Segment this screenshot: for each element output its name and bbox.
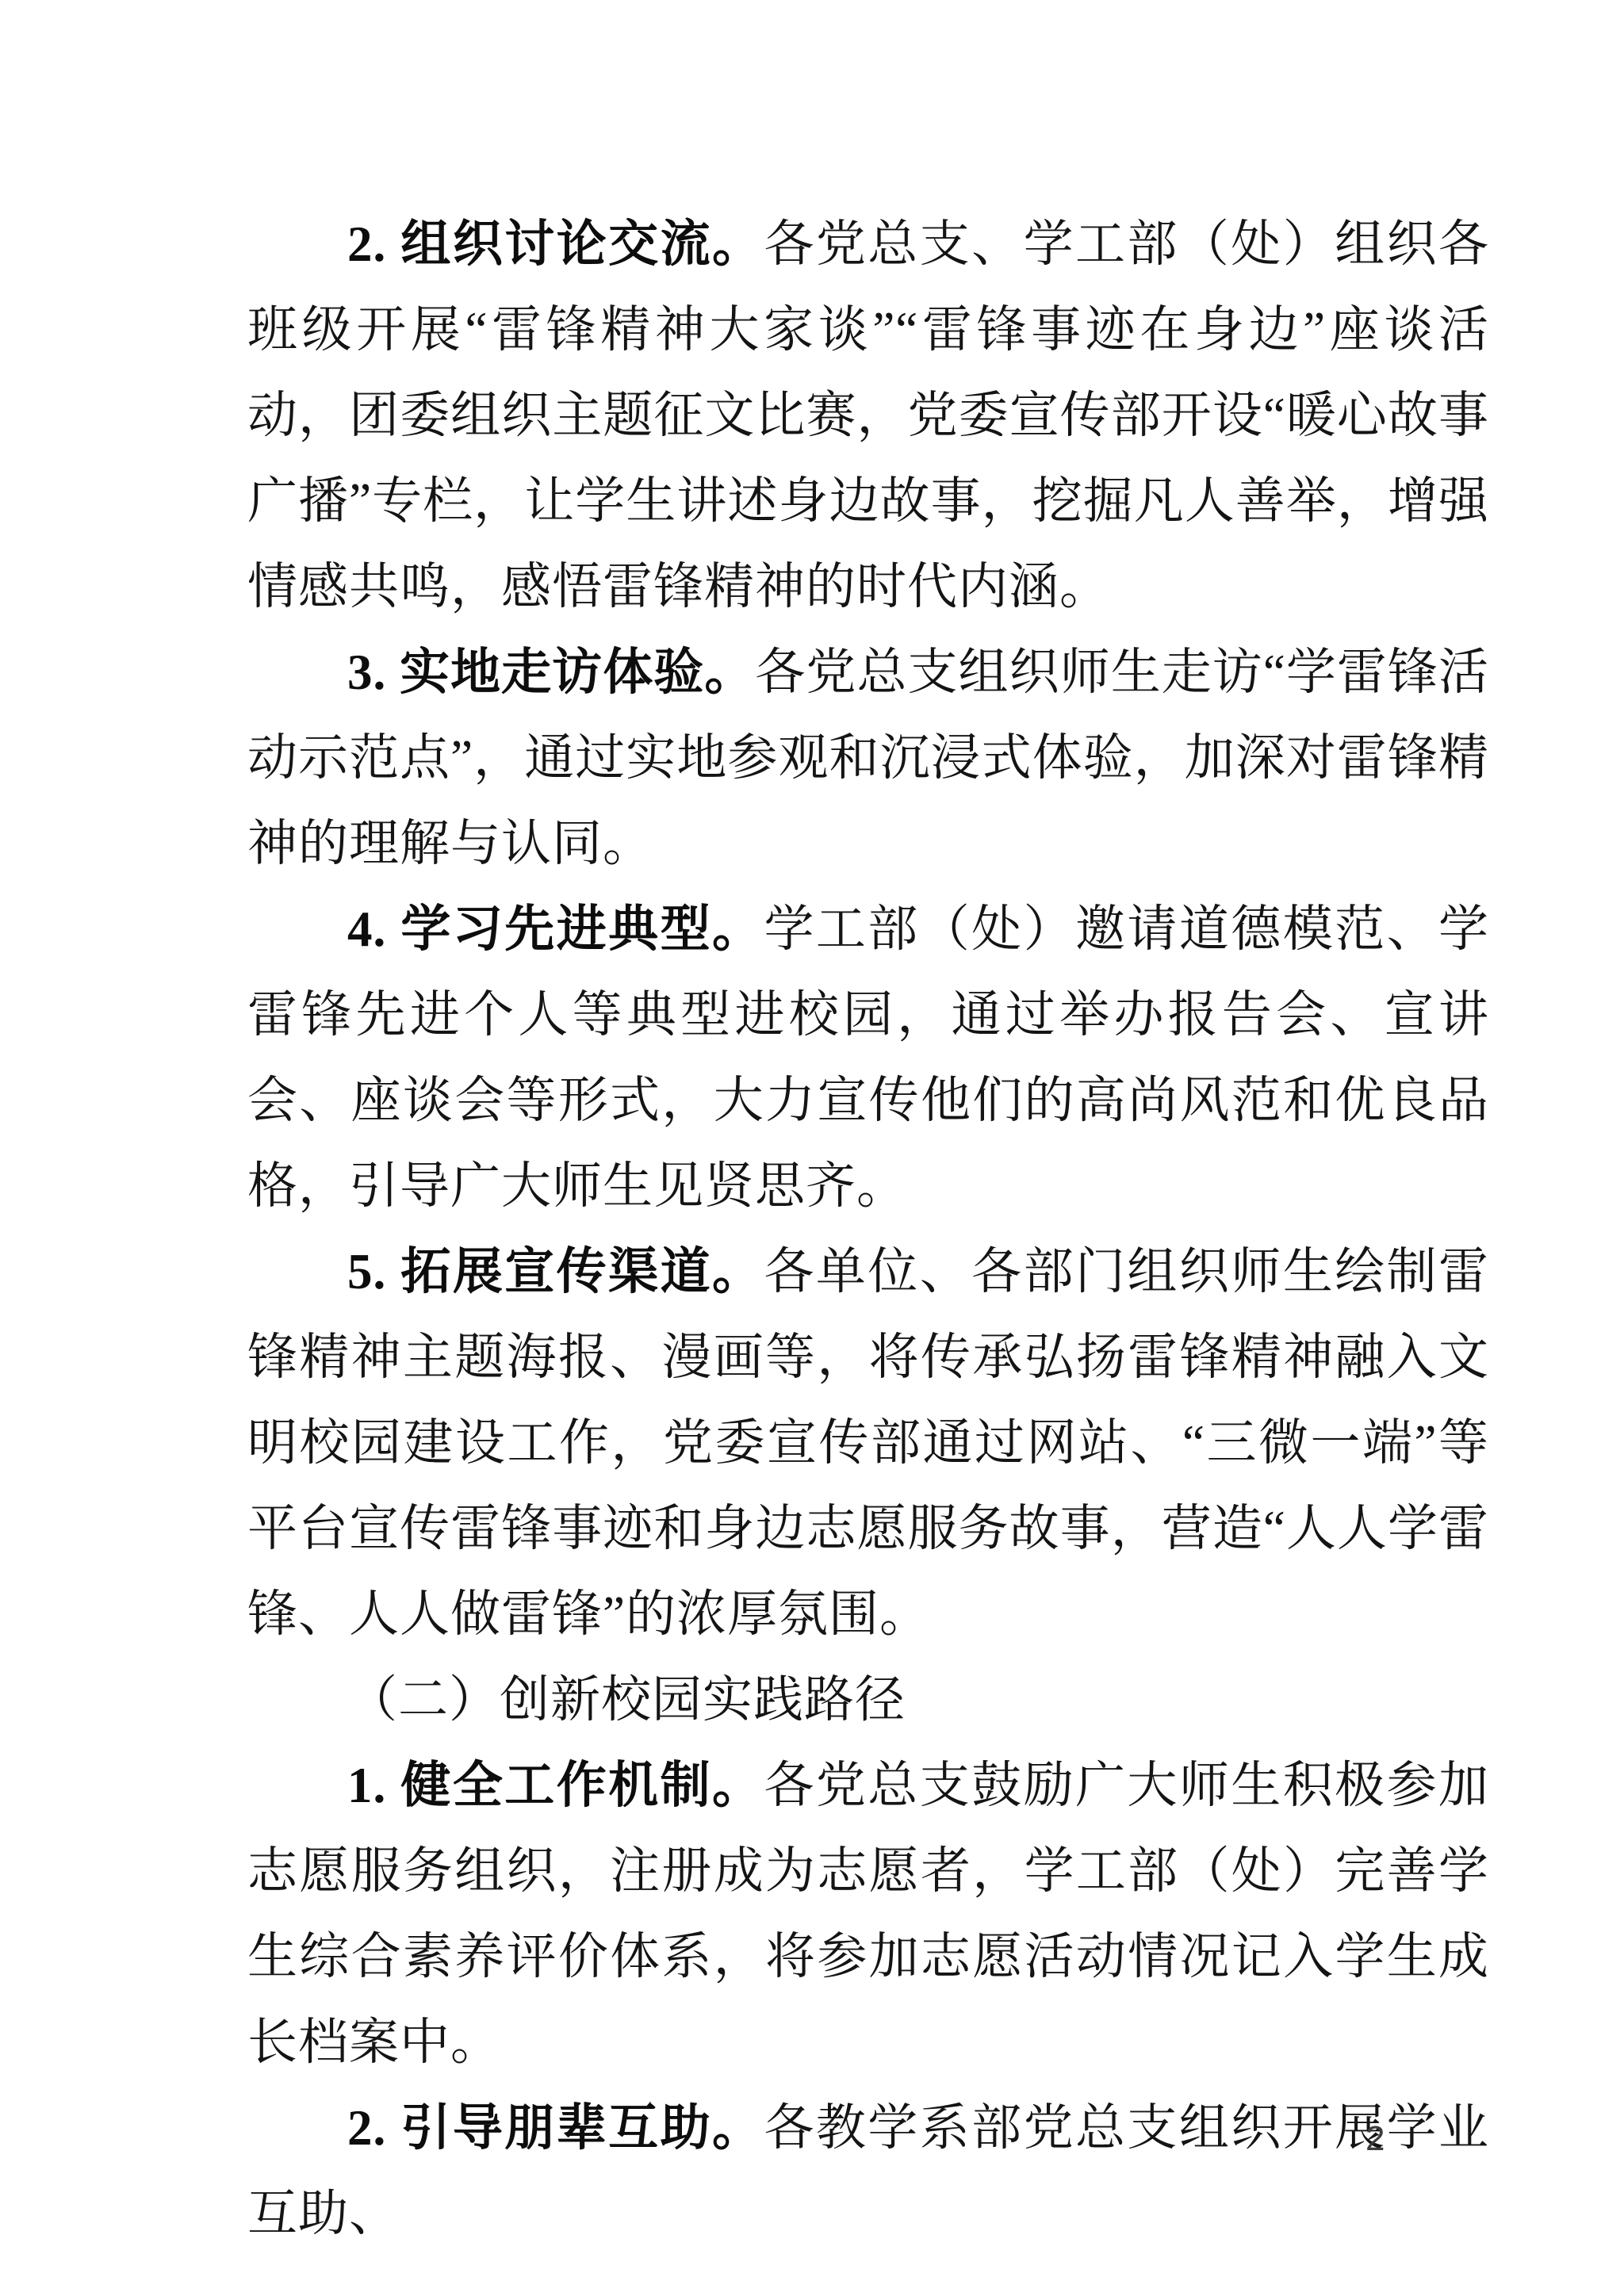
paragraph-lead: 2. 引导朋辈互助。 [347, 2100, 764, 2156]
document-body: 2. 组织讨论交流。各党总支、学工部（处）组织各班级开展“雷锋精神大家谈”“雷锋… [247, 201, 1489, 2256]
paragraph: 1. 健全工作机制。各党总支鼓励广大师生积极参加志愿服务组织，注册成为志愿者，学… [247, 1743, 1489, 2085]
paragraph-lead: 1. 健全工作机制。 [347, 1758, 764, 1813]
document-page: 2. 组织讨论交流。各党总支、学工部（处）组织各班级开展“雷锋精神大家谈”“雷锋… [0, 0, 1624, 2296]
paragraph: 3. 实地走访体验。各党总支组织师生走访“学雷锋活动示范点”，通过实地参观和沉浸… [247, 629, 1489, 886]
paragraph-lead: 5. 拓展宣传渠道。 [347, 1244, 764, 1299]
page-number: 2 [1365, 2118, 1385, 2160]
section-heading: （二）创新校园实践路径 [247, 1657, 1489, 1743]
paragraph-lead: 4. 学习先进典型。 [347, 901, 764, 957]
paragraph: 2. 组织讨论交流。各党总支、学工部（处）组织各班级开展“雷锋精神大家谈”“雷锋… [247, 201, 1489, 629]
paragraph: 2. 引导朋辈互助。各教学系部党总支组织开展学业互助、 [247, 2085, 1489, 2256]
paragraph: 5. 拓展宣传渠道。各单位、各部门组织师生绘制雷锋精神主题海报、漫画等，将传承弘… [247, 1229, 1489, 1657]
paragraph-lead: 3. 实地走访体验。 [347, 645, 755, 700]
paragraph-lead: 2. 组织讨论交流。 [347, 216, 764, 272]
paragraph: 4. 学习先进典型。学工部（处）邀请道德模范、学雷锋先进个人等典型进校园，通过举… [247, 886, 1489, 1229]
